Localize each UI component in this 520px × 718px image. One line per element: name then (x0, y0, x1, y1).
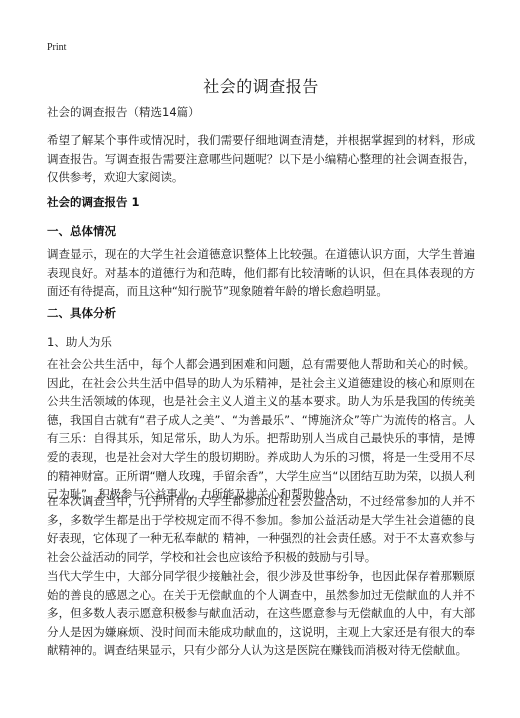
overview-paragraph: 调查显示，现在的大学生社会道德意识整体上比较强。在道德认识方面，大学生普遍表现良… (47, 245, 475, 301)
section-heading-overview: 一、总体情况 (47, 223, 116, 239)
analysis-paragraph-1: 在社会公共生活中，每个人都会遇到困难和问题，总有需要他人帮助和关心的时候。因此，… (47, 355, 475, 504)
analysis-paragraph-3: 当代大学生中，大部分同学很少接触社会，很少涉及世事纷争，也因此保存着那颗原始的善… (47, 567, 475, 660)
report-heading: 社会的调查报告 1 (47, 194, 140, 210)
section-heading-analysis: 二、具体分析 (47, 305, 116, 321)
analysis-paragraph-2: 在本次调查当中，几乎所有的大学生都参加过社会公益活动，不过经常参加的人并不多，多… (47, 492, 475, 566)
document-subtitle: 社会的调查报告（精选14篇） (47, 104, 200, 120)
intro-paragraph: 希望了解某个事件或情况时，我们需要仔细地调查清楚，并根据掌握到的材料，形成调查报… (47, 131, 475, 187)
subsection-heading-helping: 1、助人为乐 (47, 334, 112, 350)
print-label: Print (47, 42, 66, 53)
document-title: 社会的调查报告 (47, 74, 475, 97)
